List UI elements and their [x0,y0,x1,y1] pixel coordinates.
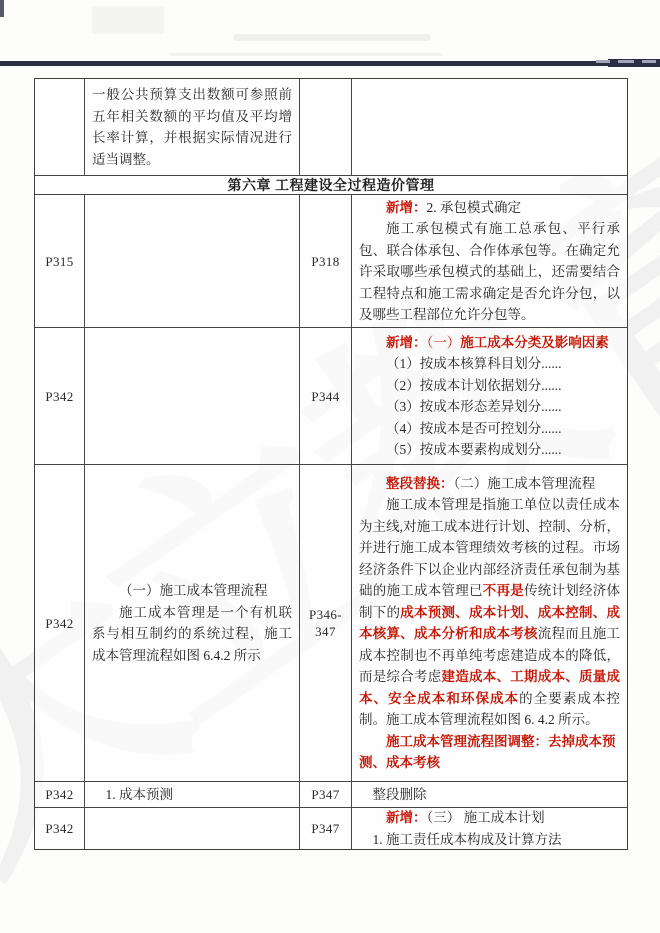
table-row: P342P344新增：（一）施工成本分类及影响因素（1）按成本核算科目划分...… [35,327,627,464]
old-content-cell: 1. 成本预测 [84,782,299,807]
highlighted-change-text: 施工成本分类及影响因素 [460,335,609,350]
new-content-cell: 新增：2. 承包模式确定施工承包模式有施工总承包、平行承包、联合体承包、合作体承… [351,195,627,327]
comparison-table: 一般公共预算支出数额可参照前五年相关数额的平均值及平均增长率计算，并根据实际情况… [34,78,628,850]
old-page-cell [35,79,84,175]
paragraph: 一般公共预算支出数额可参照前五年相关数额的平均值及平均增长率计算，并根据实际情况… [92,84,292,170]
highlighted-change-text: 新增： [386,335,427,350]
table-row: P3421. 成本预测P347整段删除 [35,781,627,807]
paragraph: 1. 成本预测 [92,784,292,806]
new-content-cell [351,79,627,175]
paragraph: （一）施工成本管理流程 [92,580,292,602]
header-rule-dash [642,60,656,63]
body-text: 一般公共预算支出数额可参照前五年相关数额的平均值及平均增长率计算，并根据实际情况… [92,87,292,167]
body-text: 2. 承包模式确定 [427,200,522,215]
table-row: P342（一）施工成本管理流程施工成本管理是一个有机联系与相互制约的系统过程，施… [35,464,627,781]
old-content-cell [84,195,299,327]
body-text: （3）按成本形态差异划分...... [386,399,562,414]
body-text: （三） 施工成本计划 [427,810,545,825]
faded-header-artifact [233,34,431,41]
new-page-cell: P344 [299,328,351,464]
paragraph: 新增：（三） 施工成本计划 [359,808,620,829]
old-content-cell [84,808,299,849]
new-page-cell: P318 [299,195,351,327]
new-page-cell: P347 [299,808,351,849]
paragraph: （3）按成本形态差异划分...... [359,396,620,418]
highlighted-change-text: 不再是 [483,583,524,598]
old-page-cell: P315 [35,195,84,327]
table-row: P315P318新增：2. 承包模式确定施工承包模式有施工总承包、平行承包、联合… [35,194,627,327]
paragraph: 施工成本管理是一个有机联系与相互制约的系统过程，施工成本管理流程如图 6.4.2… [92,602,292,667]
faded-logo-artifact [92,6,164,34]
paragraph: （2）按成本计划依据划分...... [359,375,620,397]
table-row: 一般公共预算支出数额可参照前五年相关数额的平均值及平均增长率计算，并根据实际情况… [35,79,627,175]
body-text: 施工成本管理是一个有机联系与相互制约的系统过程，施工成本管理流程如图 6.4.2… [92,605,292,663]
body-text: 整段删除 [373,787,427,802]
chapter-title: 第六章 工程建设全过程造价管理 [228,175,435,194]
table-row: P342P347新增：（三） 施工成本计划1. 施工责任成本构成及计算方法 [35,807,627,849]
paragraph: 整段替换：（二）施工成本管理流程 [359,473,620,495]
old-content-cell [84,328,299,464]
old-page-cell: P342 [35,465,84,781]
header-rule-dash [596,60,610,63]
highlighted-change-text: 整段替换： [386,476,454,491]
faded-header-line-artifact [170,53,442,56]
new-content-cell: 新增：（一）施工成本分类及影响因素（1）按成本核算科目划分......（2）按成… [351,328,627,464]
chapter-header-row: 第六章 工程建设全过程造价管理 [35,175,627,194]
paragraph: 1. 施工责任成本构成及计算方法 [359,829,620,850]
old-content-cell: 一般公共预算支出数额可参照前五年相关数额的平均值及平均增长率计算，并根据实际情况… [84,79,299,175]
body-text: （4）按成本是否可控划分...... [386,421,562,436]
header-rule-dash [618,60,634,63]
old-content-cell: （一）施工成本管理流程施工成本管理是一个有机联系与相互制约的系统过程，施工成本管… [84,465,299,781]
body-text: （5）按成本要素构成划分...... [386,442,562,457]
body-text: （2）按成本计划依据划分...... [386,378,562,393]
new-content-cell: 整段替换：（二）施工成本管理流程施工成本管理是指施工单位以责任成本为主线,对施工… [351,465,627,781]
body-text: 1. 成本预测 [106,787,174,802]
new-content-cell: 新增：（三） 施工成本计划1. 施工责任成本构成及计算方法 [351,808,627,849]
paragraph: 整段删除 [359,784,620,806]
body-text: （1）按成本核算科目划分...... [386,356,562,371]
highlighted-change-text: 新增： [386,200,427,215]
paragraph: 新增：（一）施工成本分类及影响因素 [359,332,620,354]
header-rule [0,61,660,66]
paragraph: （4）按成本是否可控划分...... [359,418,620,440]
highlighted-change-text: 施工成本管理流程图调整：去掉成本预测、成本考核 [359,734,616,771]
document-page: 大立教育 一般公共预算支出数额可参照前五年相关数额的平均值及平均增长率计算，并根… [0,0,660,933]
highlighted-change-text: 新增： [386,810,427,825]
new-page-cell [299,79,351,175]
paragraph: 新增：2. 承包模式确定 [359,197,620,219]
highlighted-change-text: （一） [427,335,461,350]
body-text: （一）施工成本管理流程 [119,583,268,598]
paragraph: （5）按成本要素构成划分...... [359,439,620,461]
paragraph: （1）按成本核算科目划分...... [359,353,620,375]
body-text: 施工承包模式有施工总承包、平行承包、联合体承包、合作体承包等。在确定允许采取哪些… [359,221,620,322]
scan-corner-artifact [0,0,4,17]
paragraph: 施工成本管理流程图调整：去掉成本预测、成本考核 [359,731,620,774]
paragraph: 施工承包模式有施工总承包、平行承包、联合体承包、合作体承包等。在确定允许采取哪些… [359,218,620,326]
old-page-cell: P342 [35,328,84,464]
new-content-cell: 整段删除 [351,782,627,807]
old-page-cell: P342 [35,782,84,807]
paragraph: 施工成本管理是指施工单位以责任成本为主线,对施工成本进行计划、控制、分析，并进行… [359,494,620,731]
old-page-cell: P342 [35,808,84,849]
new-page-cell: P346- 347 [299,465,351,781]
body-text: （二）施工成本管理流程 [454,476,596,491]
body-text: 1. 施工责任成本构成及计算方法 [373,832,562,847]
new-page-cell: P347 [299,782,351,807]
